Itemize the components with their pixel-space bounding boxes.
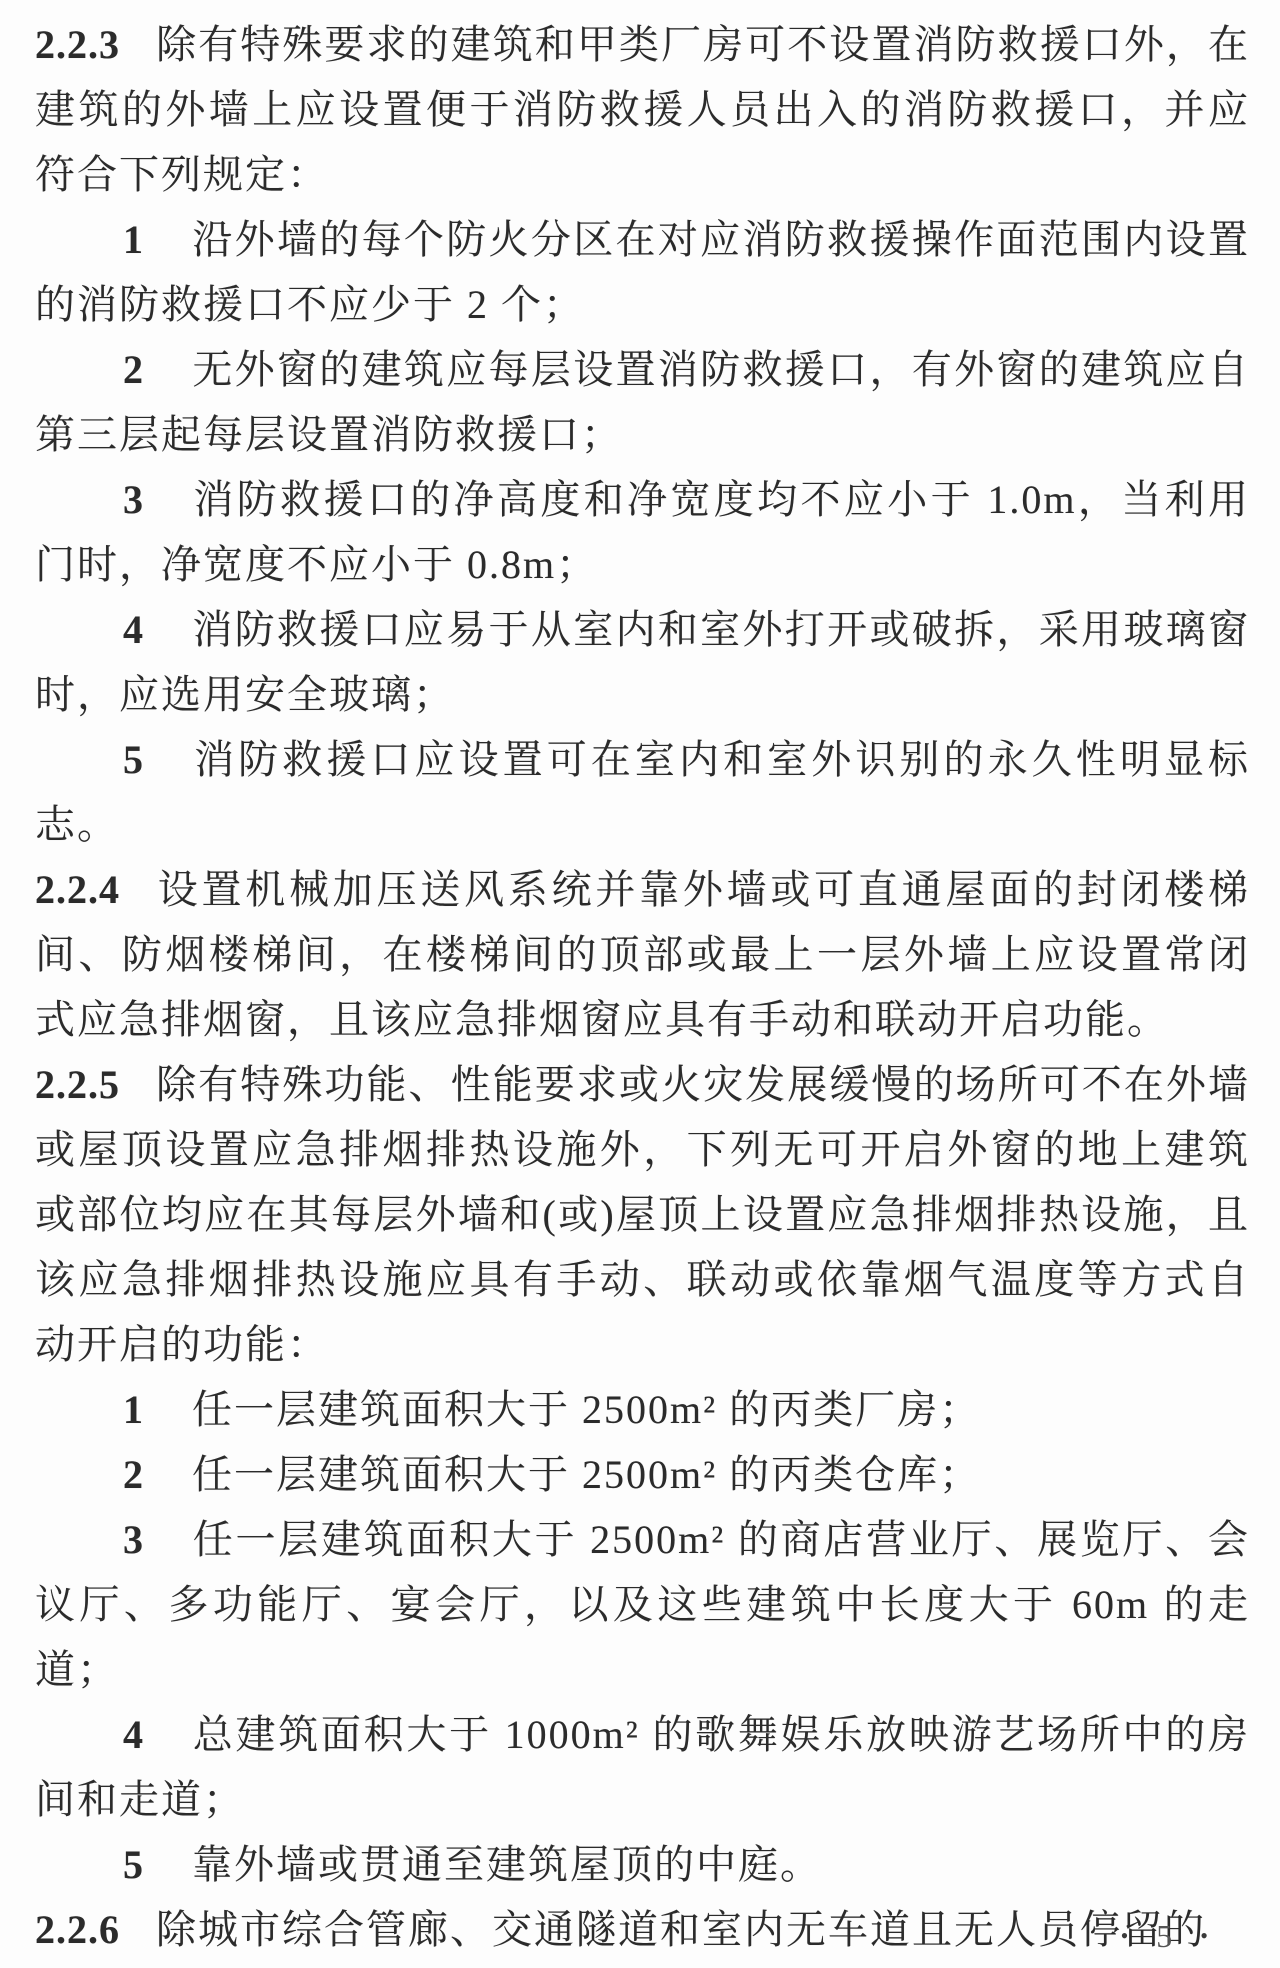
item-text: 任一层建筑面积大于 2500m² 的商店营业厅、展览厅、会议厅、多功能厅、宴会厅… xyxy=(35,1517,1250,1692)
clause-2-2-5-item-5: 5靠外墙或贯通至建筑屋顶的中庭。 xyxy=(35,1832,1250,1897)
clause-2-2-3-item-1: 1沿外墙的每个防火分区在对应消防救援操作面范围内设置的消防救援口不应少于 2 个… xyxy=(35,207,1250,337)
clause-text: 设置机械加压送风系统并靠外墙或可直通屋面的封闭楼梯间、防烟楼梯间，在楼梯间的顶部… xyxy=(35,867,1250,1042)
clause-text: 除有特殊功能、性能要求或火灾发展缓慢的场所可不在外墙或屋顶设置应急排烟排热设施外… xyxy=(35,1062,1250,1367)
clause-number: 2.2.3 xyxy=(35,22,120,67)
item-text: 消防救援口应设置可在室内和室外识别的永久性明显标志。 xyxy=(35,737,1250,847)
clause-number: 2.2.6 xyxy=(35,1907,120,1952)
clause-2-2-3: 2.2.3除有特殊要求的建筑和甲类厂房可不设置消防救援口外，在建筑的外墙上应设置… xyxy=(35,12,1250,207)
item-number: 5 xyxy=(123,737,144,782)
clause-2-2-3-item-3: 3消防救援口的净高度和净宽度均不应小于 1.0m，当利用门时，净宽度不应小于 0… xyxy=(35,467,1250,597)
item-text: 消防救援口应易于从室内和室外打开或破拆，采用玻璃窗时，应选用安全玻璃； xyxy=(35,607,1250,717)
clause-2-2-3-item-4: 4消防救援口应易于从室内和室外打开或破拆，采用玻璃窗时，应选用安全玻璃； xyxy=(35,597,1250,727)
item-text: 任一层建筑面积大于 2500m² 的丙类仓库； xyxy=(192,1452,981,1497)
clause-2-2-5-item-4: 4总建筑面积大于 1000m² 的歌舞娱乐放映游艺场所中的房间和走道； xyxy=(35,1702,1250,1832)
item-number: 3 xyxy=(123,1517,144,1562)
clause-text: 除有特殊要求的建筑和甲类厂房可不设置消防救援口外，在建筑的外墙上应设置便于消防救… xyxy=(35,22,1250,197)
clause-2-2-3-item-2: 2无外窗的建筑应每层设置消防救援口，有外窗的建筑应自第三层起每层设置消防救援口； xyxy=(35,337,1250,467)
item-number: 4 xyxy=(123,1712,144,1757)
clause-2-2-5-item-2: 2任一层建筑面积大于 2500m² 的丙类仓库； xyxy=(35,1442,1250,1507)
document-body: 2.2.3除有特殊要求的建筑和甲类厂房可不设置消防救援口外，在建筑的外墙上应设置… xyxy=(35,12,1250,1962)
item-text: 靠外墙或贯通至建筑屋顶的中庭。 xyxy=(192,1842,822,1887)
footer-dot-left: • xyxy=(1121,1925,1129,1947)
item-text: 消防救援口的净高度和净宽度均不应小于 1.0m，当利用门时，净宽度不应小于 0.… xyxy=(35,477,1250,587)
clause-2-2-6: 2.2.6除城市综合管廊、交通隧道和室内无车道且无人员停留的 xyxy=(35,1897,1250,1962)
footer-dot-right: • xyxy=(1200,1925,1208,1947)
item-text: 任一层建筑面积大于 2500m² 的丙类厂房； xyxy=(192,1387,981,1432)
item-number: 1 xyxy=(123,217,144,262)
item-text: 沿外墙的每个防火分区在对应消防救援操作面范围内设置的消防救援口不应少于 2 个； xyxy=(35,217,1250,327)
clause-number: 2.2.4 xyxy=(35,867,120,912)
page-footer: • 5 • xyxy=(1121,1920,1208,1952)
item-number: 2 xyxy=(123,1452,144,1497)
item-number: 3 xyxy=(123,477,144,522)
item-number: 1 xyxy=(123,1387,144,1432)
item-number: 4 xyxy=(123,607,144,652)
page-number: 5 xyxy=(1156,1920,1172,1952)
clause-number: 2.2.5 xyxy=(35,1062,120,1107)
document-page: 2.2.3除有特殊要求的建筑和甲类厂房可不设置消防救援口外，在建筑的外墙上应设置… xyxy=(0,0,1280,1968)
item-number: 5 xyxy=(123,1842,144,1887)
item-number: 2 xyxy=(123,347,144,392)
item-text: 无外窗的建筑应每层设置消防救援口，有外窗的建筑应自第三层起每层设置消防救援口； xyxy=(35,347,1250,457)
clause-2-2-5-item-1: 1任一层建筑面积大于 2500m² 的丙类厂房； xyxy=(35,1377,1250,1442)
clause-2-2-4: 2.2.4设置机械加压送风系统并靠外墙或可直通屋面的封闭楼梯间、防烟楼梯间，在楼… xyxy=(35,857,1250,1052)
clause-text: 除城市综合管廊、交通隧道和室内无车道且无人员停留的 xyxy=(156,1907,1206,1952)
clause-2-2-5: 2.2.5除有特殊功能、性能要求或火灾发展缓慢的场所可不在外墙或屋顶设置应急排烟… xyxy=(35,1052,1250,1377)
clause-2-2-3-item-5: 5消防救援口应设置可在室内和室外识别的永久性明显标志。 xyxy=(35,727,1250,857)
item-text: 总建筑面积大于 1000m² 的歌舞娱乐放映游艺场所中的房间和走道； xyxy=(35,1712,1250,1822)
clause-2-2-5-item-3: 3任一层建筑面积大于 2500m² 的商店营业厅、展览厅、会议厅、多功能厅、宴会… xyxy=(35,1507,1250,1702)
